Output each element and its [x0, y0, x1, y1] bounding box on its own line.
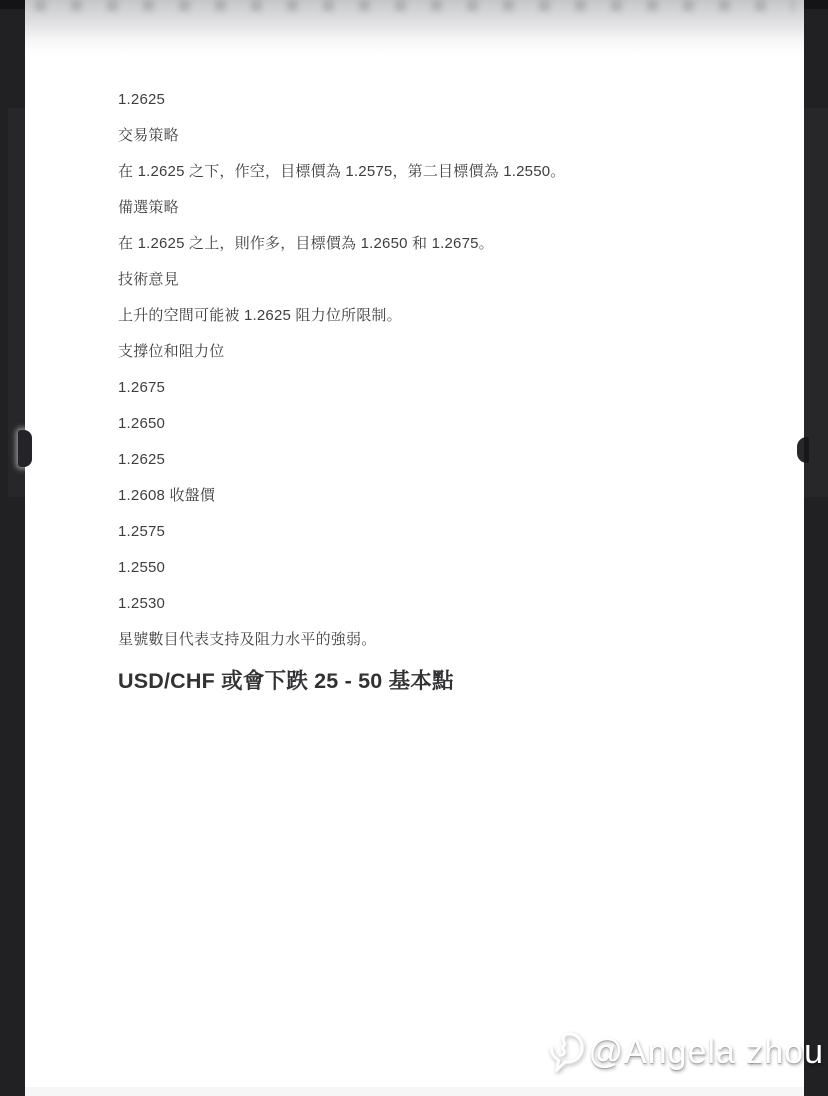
doc-line-section-label: 技術意見	[118, 272, 758, 288]
page-top-gradient	[25, 0, 804, 56]
doc-line-level: 1.2625	[118, 452, 758, 468]
doc-line: 1.2625	[118, 92, 758, 108]
watermark-handle: @Angela zhou	[588, 1033, 824, 1072]
watermark: @Angela zhou	[545, 1031, 824, 1073]
document-page: 1.2625 交易策略 在 1.2625 之下，作空，目標價為 1.2575，第…	[25, 0, 804, 1096]
doc-line-level: 1.2550	[118, 560, 758, 576]
document-content: 1.2625 交易策略 在 1.2625 之下，作空，目標價為 1.2575，第…	[118, 92, 758, 694]
profile-bubble-icon	[545, 1031, 585, 1073]
screen: { "theme": { "backdrop": "#212124", "bac…	[0, 0, 828, 1096]
right-edge-handle[interactable]	[797, 437, 809, 463]
page-bottom-band	[25, 1087, 804, 1096]
doc-line: 上升的空間可能被 1.2625 阻力位所限制。	[118, 308, 758, 324]
doc-line-level: 1.2530	[118, 596, 758, 612]
doc-line: 在 1.2625 之下，作空，目標價為 1.2575，第二目標價為 1.2550…	[118, 164, 758, 180]
doc-line-level: 1.2650	[118, 416, 758, 432]
doc-line: 在 1.2625 之上，則作多，目標價為 1.2650 和 1.2675。	[118, 236, 758, 252]
doc-line-section-label: 支撐位和阻力位	[118, 344, 758, 360]
doc-heading: USD/CHF 或會下跌 25 - 50 基本點	[118, 668, 758, 694]
doc-line-level: 1.2675	[118, 380, 758, 396]
doc-line-section-label: 交易策略	[118, 128, 758, 144]
left-edge-handle[interactable]	[18, 430, 32, 467]
doc-line-section-label: 備選策略	[118, 200, 758, 216]
doc-line-footnote: 星號數目代表支持及阻力水平的強弱。	[118, 632, 758, 648]
doc-line-last-close: 1.2608 收盤價	[118, 488, 758, 504]
doc-line-level: 1.2575	[118, 524, 758, 540]
